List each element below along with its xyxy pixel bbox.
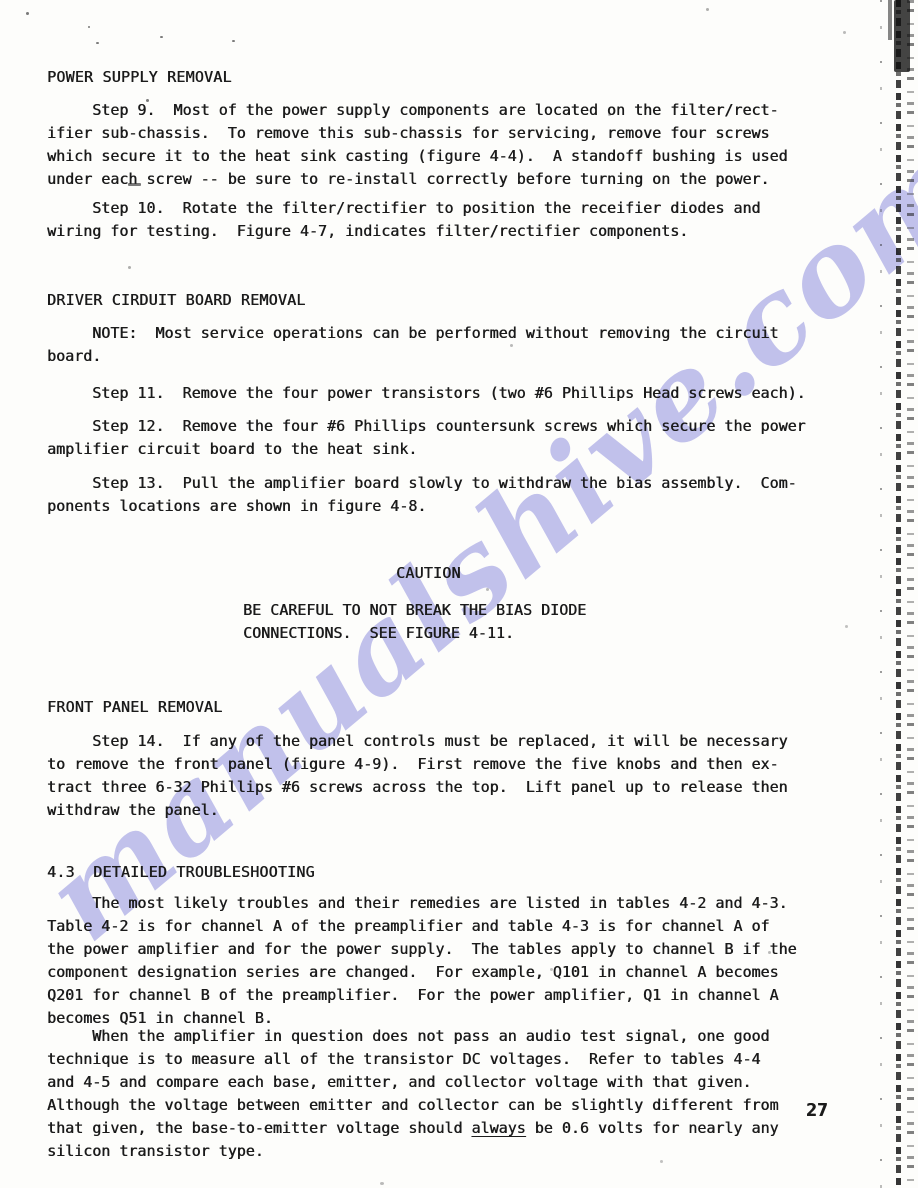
text-line: BE CAREFUL TO NOT BREAK THE BIAS DIODE <box>243 599 586 622</box>
text-line: the power amplifier and for the power su… <box>47 938 797 961</box>
text-line: wiring for testing. Figure 4-7, indicate… <box>47 220 760 243</box>
section-heading-driver-circuit-board-removal: DRIVER CIRDUIT BOARD REMOVAL <box>47 289 305 312</box>
text-line: Step 9. Most of the power supply compone… <box>47 99 788 122</box>
section-heading-power-supply-removal: POWER SUPPLY REMOVAL <box>47 66 232 89</box>
text-line: that given, the base-to-emitter voltage … <box>47 1117 779 1140</box>
scan-binding-edge <box>876 0 918 1188</box>
text-line: withdraw the panel. <box>47 799 788 822</box>
text-line: technique is to measure all of the trans… <box>47 1048 779 1071</box>
paragraph-note: NOTE: Most service operations can be per… <box>47 322 779 368</box>
scan-edge-marks <box>894 0 910 72</box>
caution-title: CAUTION <box>396 562 461 585</box>
scan-edge-marks <box>888 0 892 40</box>
text-line: Q201 for channel B of the preamplifier. … <box>47 984 797 1007</box>
scan-edge-marks <box>880 0 882 1188</box>
section-heading-detailed-troubleshooting: 4.3 DETAILED TROUBLESHOOTING <box>47 861 315 884</box>
paragraph-tables: The most likely troubles and their remed… <box>47 892 797 1030</box>
paragraph-step-13: Step 13. Pull the amplifier board slowly… <box>47 472 797 518</box>
heading-text: 4.3 DETAILED TROUBLESHOOTING <box>47 861 315 884</box>
text-line: CONNECTIONS. SEE FIGURE 4-11. <box>243 622 586 645</box>
text-line: Step 14. If any of the panel controls mu… <box>47 730 788 753</box>
text-line: silicon transistor type. <box>47 1140 779 1163</box>
heading-text: CAUTION <box>396 562 461 585</box>
text-line: Step 12. Remove the four #6 Phillips cou… <box>47 415 806 438</box>
heading-text: DRIVER CIRDUIT BOARD REMOVAL <box>47 289 305 312</box>
text-line: amplifier circuit board to the heat sink… <box>47 438 806 461</box>
text-line: to remove the front panel (figure 4-9). … <box>47 753 788 776</box>
paragraph-voltages: When the amplifier in question does not … <box>47 1025 779 1163</box>
scan-edge-marks <box>896 0 901 1188</box>
text-line: Step 10. Rotate the filter/rectifier to … <box>47 197 760 220</box>
paragraph-step-14: Step 14. If any of the panel controls mu… <box>47 730 788 822</box>
paragraph-step-10: Step 10. Rotate the filter/rectifier to … <box>47 197 760 243</box>
text-line: and 4-5 and compare each base, emitter, … <box>47 1071 779 1094</box>
text-line: Step 13. Pull the amplifier board slowly… <box>47 472 797 495</box>
paragraph-step-9: Step 9. Most of the power supply compone… <box>47 99 788 191</box>
text-line: under each screw -- be sure to re-instal… <box>47 168 788 191</box>
heading-text: FRONT PANEL REMOVAL <box>47 696 222 719</box>
text-line: Step 11. Remove the four power transisto… <box>47 382 806 405</box>
text-line: NOTE: Most service operations can be per… <box>47 322 779 345</box>
text-line: which secure it to the heat sink casting… <box>47 145 788 168</box>
text-line: component designation series are changed… <box>47 961 797 984</box>
text-line: tract three 6-32 Phillips #6 screws acro… <box>47 776 788 799</box>
text-segment: be 0.6 volts for nearly any <box>526 1119 779 1137</box>
paragraph-step-12: Step 12. Remove the four #6 Phillips cou… <box>47 415 806 461</box>
paragraph-step-11: Step 11. Remove the four power transisto… <box>47 382 806 405</box>
document-page: manualshive.com POWER SUPPLY REMOVAL Ste… <box>0 0 918 1188</box>
text-line: ifier sub-chassis. To remove this sub-ch… <box>47 122 788 145</box>
text-line: When the amplifier in question does not … <box>47 1025 779 1048</box>
text-line: ponents locations are shown in figure 4-… <box>47 495 797 518</box>
text-line: The most likely troubles and their remed… <box>47 892 797 915</box>
text-line: Although the voltage between emitter and… <box>47 1094 779 1117</box>
text-line: Table 4-2 is for channel A of the preamp… <box>47 915 797 938</box>
text-line: board. <box>47 345 779 368</box>
heading-text: POWER SUPPLY REMOVAL <box>47 66 232 89</box>
page-number: 27 <box>806 1100 828 1121</box>
scan-edge-marks <box>907 0 914 1188</box>
underlined-word: always <box>471 1119 525 1137</box>
caution-body: BE CAREFUL TO NOT BREAK THE BIAS DIODE C… <box>243 599 586 645</box>
text-segment: that given, the base-to-emitter voltage … <box>47 1119 471 1137</box>
section-heading-front-panel-removal: FRONT PANEL REMOVAL <box>47 696 222 719</box>
